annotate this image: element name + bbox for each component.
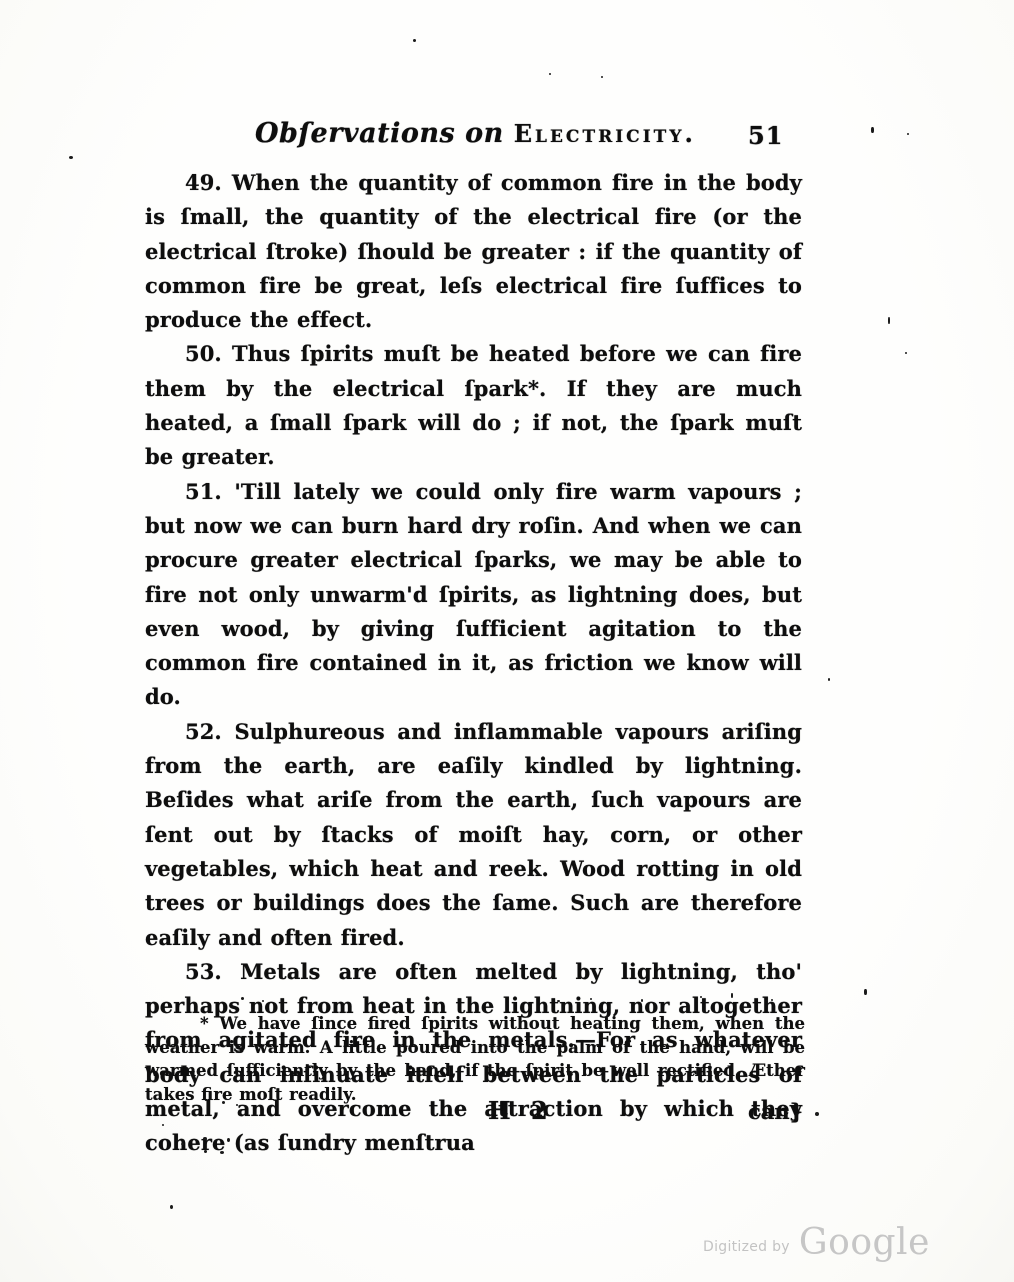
ink-speck bbox=[905, 352, 907, 354]
watermark-prefix-label: Digitized by bbox=[703, 1231, 790, 1255]
scanned-book-page: Obſervations onElectricity. 51 49. When … bbox=[0, 0, 1014, 1282]
paragraph-50: 50. Thus ſpirits muſt be heated before w… bbox=[145, 337, 802, 474]
ink-speck bbox=[413, 39, 416, 42]
paragraph-49: 49. When the quantity of common fire in … bbox=[145, 166, 802, 337]
running-title-italic: Obſervations on bbox=[255, 118, 504, 149]
ink-speck bbox=[170, 1205, 173, 1209]
ink-speck bbox=[236, 1104, 238, 1106]
footnote: * We have ſince fired ſpirits without he… bbox=[145, 1012, 805, 1106]
ink-speck bbox=[590, 998, 592, 1000]
ink-speck bbox=[203, 1137, 207, 1140]
running-title: Obſervations onElectricity. bbox=[255, 118, 696, 149]
catchword: can} bbox=[748, 1099, 803, 1124]
ink-speck bbox=[227, 1138, 230, 1142]
google-logo: Google bbox=[799, 1222, 930, 1263]
running-title-caps: Electricity. bbox=[514, 119, 696, 148]
ink-speck bbox=[815, 1112, 819, 1116]
ink-speck bbox=[601, 76, 603, 78]
ink-speck bbox=[162, 1124, 164, 1126]
signature-mark: H 2 bbox=[488, 1096, 554, 1125]
running-head: Obſervations onElectricity. 51 bbox=[145, 118, 802, 160]
ink-speck bbox=[549, 73, 551, 75]
page-number: 51 bbox=[748, 121, 783, 150]
ink-speck bbox=[731, 993, 733, 998]
ink-speck bbox=[262, 1000, 264, 1002]
paragraph-52: 52. Sulphureous and inflammable vapours … bbox=[145, 715, 802, 955]
ink-speck bbox=[220, 1151, 224, 1154]
ink-speck bbox=[907, 133, 909, 135]
ink-speck bbox=[222, 1101, 225, 1104]
digitized-by-google-watermark: Digitized by Google bbox=[703, 1222, 930, 1263]
paragraph-51: 51. 'Till lately we could only fire warm… bbox=[145, 475, 802, 715]
ink-speck bbox=[181, 1143, 184, 1145]
ink-speck bbox=[771, 999, 773, 1001]
ink-speck bbox=[69, 156, 73, 159]
ink-speck bbox=[864, 989, 867, 995]
ink-speck bbox=[888, 317, 890, 324]
ink-speck bbox=[302, 1001, 304, 1003]
ink-speck bbox=[871, 127, 874, 133]
ink-speck bbox=[241, 997, 244, 1000]
ink-speck bbox=[557, 1000, 560, 1002]
ink-speck bbox=[204, 1150, 207, 1153]
ink-speck bbox=[700, 996, 702, 998]
ink-speck bbox=[641, 999, 643, 1002]
ink-speck bbox=[828, 678, 830, 681]
